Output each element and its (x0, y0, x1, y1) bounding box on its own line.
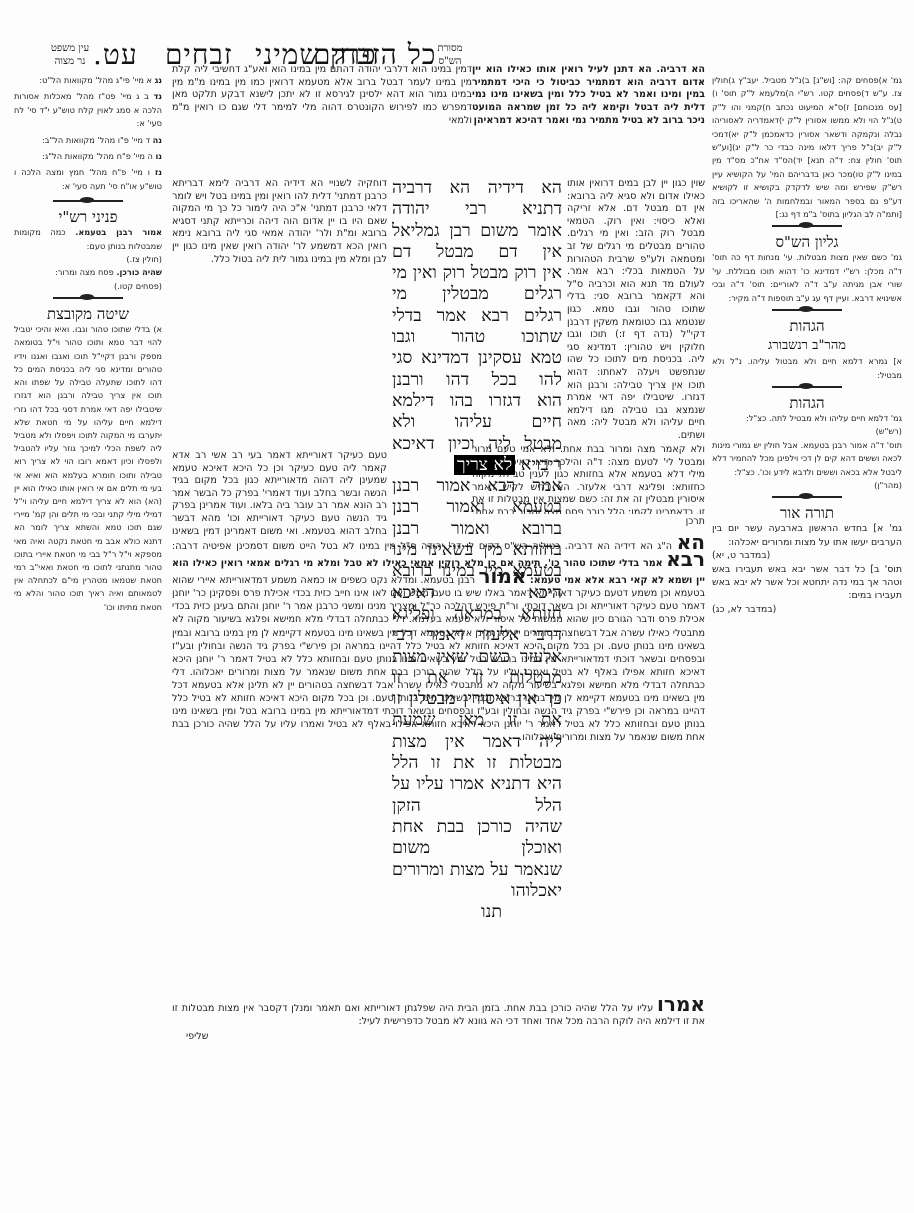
ein-mishpat-entry: נד ב ג מיי' פט"ז מהל' מאכלות אסורות הלכה… (14, 90, 162, 130)
catchword: שליפי (186, 1030, 209, 1043)
tosafot-lower-left: טעם כעיקר דאורייתא דאמר בעי רב אשי רב אד… (172, 450, 387, 538)
ein-mishpat-entry: נג א מיי' פי"ג מהל' מקוואות הל"ט: (14, 74, 162, 87)
rashi-beside-gemara: שוין כגון יין לבן במים דרואין אותו כאילו… (567, 178, 705, 440)
pnei-rashi-title: פניני רש"י (14, 208, 162, 226)
gemara-line: טמא עסקינן דמדינא סגי להו בכל דהו ורבנן (392, 348, 562, 391)
torah-or: גמ' א] בחדש הראשון בארבעה עשר יום בין הע… (712, 522, 902, 616)
shita-title: שיטה מקובצת (14, 305, 162, 323)
gemara-line: הא דידיה הא דרביה דתניא רבי יהודה (392, 178, 562, 221)
ornament-divider (712, 492, 902, 502)
ein-mishpat-entry: נז ו מיי' פ"ח מהל' חמץ ומצה הלכה ו טוש"ע… (14, 166, 162, 193)
ein-mishpat-entry: נו ה מיי' פ"ח מהל' מקוואות הל"ג: (14, 150, 162, 163)
right-margin-column: גמ' א)פסחים קה: [וש"נ] ב)נ"ל מטביל. יעב"… (712, 74, 902, 616)
gemara-line: הוא דגזרו בהו דילמא חיים עליהו ולא (392, 391, 562, 434)
pnei-rashi: אמור רבנן בטעמא. כמה מקומות שמבטלות בנות… (14, 226, 162, 293)
tosafot-upper: דמין במינו הוא דלרבי יהודה דהתם מין במינ… (172, 64, 472, 174)
ornament-divider (712, 221, 902, 231)
shita-mekubetzet-text: א) בדלי שתוכו טהור וגבו. ואיא והיכי יטבי… (14, 323, 162, 613)
gilyon-title: גליון הש"ס (712, 233, 902, 251)
masoret-hashas: גמ' א)פסחים קה: [וש"נ] ב)נ"ל מטביל. יעב"… (712, 74, 902, 221)
gemara-line: רגלים רבא אמר בדלי שתוכו טהור וגבו (392, 306, 562, 349)
gemara-line: אמר רבא אמור רבנן בטעמא ואמור רבנן (392, 476, 562, 519)
gemara-line: מבטל ליה וכיון דאיכא ריבויא לא צריך (392, 434, 562, 477)
ornament-divider (712, 305, 902, 315)
ornament-divider (14, 196, 162, 206)
torah-or-title: תורה אור (712, 504, 902, 522)
hagahot-maharab-subtitle: מהר"ב רנשבורג (712, 337, 902, 355)
hagahot-title: הגהות (712, 394, 902, 412)
tosafot-beside-gemara: דוחקיה לשנויי הא דידיה הא דרביה לימא דבר… (172, 178, 387, 446)
ein-mishpat: נג א מיי' פי"ג מהל' מקוואות הל"ט: נד ב ג… (14, 74, 162, 193)
rashi-top: הא דרביה. הא דתנן לעיל רואין אותו כאילו … (472, 64, 705, 174)
ein-mishpat-label: עין משפט נר מצוה (40, 42, 100, 68)
hagahot-maharab: א] גמרא דלמא חיים ולא מבטול עליהו. נ"ל ו… (712, 355, 902, 382)
rashi-trailer: תרכן (660, 515, 705, 528)
left-margin-column: נג א מיי' פי"ג מהל' מקוואות הל"ט: נד ב ג… (14, 74, 162, 614)
gemara-line: אומר משום רבן גמליאל אין דם מבטל דם (392, 221, 562, 264)
ornament-divider (712, 382, 902, 392)
tosafot-closing: אמרו עליו על הלל שהיה כורכן בבת אחת. בזמ… (172, 998, 705, 1028)
hagahot-text: גמ' דלמא חיים עליהו ולא מבטיל לתה. כצ"ל:… (712, 412, 902, 492)
tosafot-main: הא ה"ג הא דידיה הא דרביה. כטוליה הש"ס דק… (172, 536, 705, 996)
gemara-line: אין רוק מבטל רוק ואין מי רגלים מבטלין מי (392, 263, 562, 306)
ornament-divider (14, 293, 162, 303)
ein-mishpat-entry: נה ד מיי' פ"ו מהל' מקוואות הל"ב: (14, 134, 162, 147)
hagahot-maharab-title: הגהות (712, 317, 902, 335)
folio-number: עט. (93, 40, 138, 70)
highlighted-term: לא צריך (454, 455, 515, 475)
gilyon-hashas: גמ' כשם שאין מצות מבטלות. עי' מנחות דף כ… (712, 251, 902, 305)
